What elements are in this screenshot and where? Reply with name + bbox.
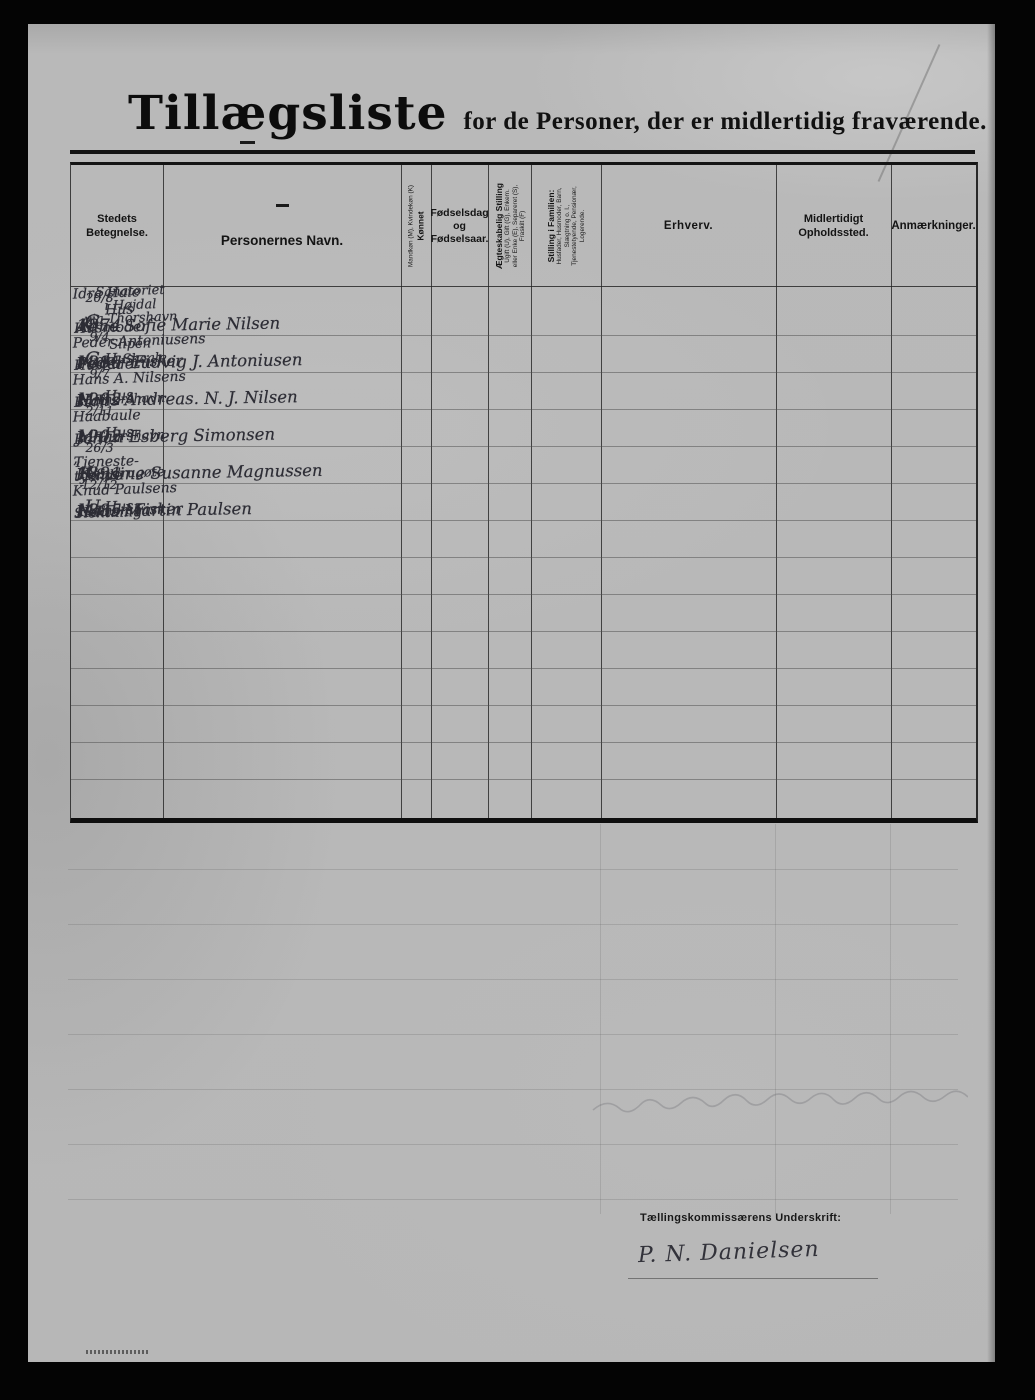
temporary-residence: Sanatorieti Højdalvia Thorshavn bbox=[72, 283, 188, 327]
title-main: Tillægsliste bbox=[128, 86, 447, 141]
temporary-residence: Slipenpaa Skaale bbox=[73, 335, 189, 369]
table-row-empty bbox=[71, 669, 976, 706]
table-row-empty bbox=[71, 521, 976, 558]
table-row-empty bbox=[71, 558, 976, 595]
header-marital: Ægteskabelig Stilling Ugift (U), Gift (G… bbox=[488, 165, 531, 287]
signature-line bbox=[628, 1278, 878, 1279]
ghost-line bbox=[68, 869, 958, 870]
table-row-empty bbox=[71, 743, 976, 780]
table-row-empty bbox=[71, 632, 976, 669]
table-row: Hans A. NilsensHusHans Andreas. N. J. Ni… bbox=[71, 373, 976, 410]
document-page: Tillægslistefor de Personer, der er midl… bbox=[28, 24, 995, 1362]
ghost-handwriting bbox=[588, 1082, 968, 1122]
table-row-empty bbox=[71, 780, 976, 818]
table-row-empty bbox=[71, 706, 976, 743]
title-rule bbox=[70, 150, 975, 154]
header-sex: Mandkøn (M), Kvindekøn (K) Kønnet bbox=[401, 165, 431, 287]
header-name: Personernes Navn. bbox=[163, 165, 401, 287]
ghost-line bbox=[775, 824, 776, 1214]
page-edge-shadow bbox=[987, 24, 995, 1362]
ghost-line bbox=[890, 824, 891, 1214]
header-residence: Midlertidigt Opholdssted. bbox=[776, 165, 891, 287]
header-family: Stilling i Familien: Husfader, Husmoder,… bbox=[531, 165, 601, 287]
ghost-line bbox=[600, 824, 601, 1214]
header-place: Stedets Betegnelse. bbox=[71, 165, 163, 287]
census-table: Stedets Betegnelse. Personernes Navn. Ma… bbox=[70, 162, 978, 823]
table-row: Idra HaieHusAnne Sofie Marie NilsenK20/8… bbox=[71, 287, 976, 336]
title-subtitle: for de Personer, der er midlertidig frav… bbox=[463, 108, 986, 135]
ghost-line bbox=[68, 979, 958, 980]
ghost-line bbox=[68, 924, 958, 925]
table-row: Knud PaulsensHusHans Martin PaulsenM12/1… bbox=[71, 484, 976, 521]
table-body: Idra HaieHusAnne Sofie Marie NilsenK20/8… bbox=[71, 287, 976, 818]
document-title: Tillægslistefor de Personer, der er midl… bbox=[128, 86, 968, 141]
signature-label: Tællingskommissærens Underskrift: bbox=[640, 1212, 841, 1224]
header-birth: Fødselsdag og Fødselsaar. bbox=[431, 165, 488, 287]
table-row: HaabauleHusJohan Esberg SimonsenM2/11190… bbox=[71, 410, 976, 447]
table-row: Peder AntoniusensHusPeder Ludvig J. Anto… bbox=[71, 336, 976, 373]
table-row-empty bbox=[71, 595, 976, 632]
birth-day: 2/11 bbox=[71, 403, 128, 418]
ghost-line bbox=[68, 1199, 958, 1200]
table-header: Stedets Betegnelse. Personernes Navn. Ma… bbox=[71, 165, 976, 287]
header-dash bbox=[276, 204, 289, 208]
ghost-line bbox=[68, 1144, 958, 1145]
commissioner-signature: P. N. Danielsen bbox=[638, 1237, 820, 1268]
birth-day: 9/7 bbox=[71, 366, 128, 381]
stray-dash bbox=[240, 141, 255, 144]
birth-day: 12/12 bbox=[71, 477, 128, 492]
header-occupation: Erhverv. bbox=[601, 165, 776, 287]
printer-imprint bbox=[86, 1350, 150, 1354]
ghost-line bbox=[68, 1034, 958, 1035]
header-remarks: Anmærkninger. bbox=[891, 165, 976, 287]
table-row: ”Hansine Susanne MagnussenK26/31891uTjen… bbox=[71, 447, 976, 484]
